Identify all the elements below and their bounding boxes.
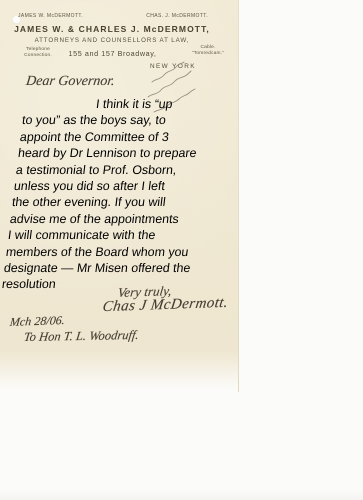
handwritten-line: heard by Dr Lennison to prepare [17, 145, 247, 161]
handwritten-line: to you” as the boys say, to [21, 112, 251, 128]
handwritten-line: I will communicate with the [7, 227, 237, 243]
signature: Chas J McDermott. [101, 295, 229, 316]
addressee-note: To Hon T. L. Woodruff. [23, 328, 140, 345]
partner-names-row: JAMES W. McDERMOTT. CHAS. J. McDERMOTT. [18, 13, 208, 19]
handwritten-line: appoint the Committee of 3 [19, 129, 249, 145]
handwritten-line: members of the Board whom you [5, 244, 235, 260]
partner-name-left: JAMES W. McDERMOTT. [18, 13, 83, 19]
firm-subtitle: ATTORNEYS AND COUNSELLORS AT LAW, [0, 37, 224, 44]
letter-body: I think it is “up to you” as the boys sa… [1, 96, 253, 293]
handwritten-line: designate — Mr Misen offered the [3, 260, 233, 276]
handwritten-line: the other evening. If you will [11, 194, 241, 210]
handwritten-line: a testimonial to Prof. Osborn, [15, 162, 245, 178]
date-note: Mch 28/06. [9, 313, 65, 330]
handwritten-line: advise me of the appointments [9, 211, 239, 227]
handwritten-line: resolution [1, 276, 231, 292]
partner-name-right: CHAS. J. McDERMOTT. [146, 13, 208, 19]
handwritten-line: I think it is “up [23, 96, 253, 112]
handwritten-line: unless you did so after I left [13, 178, 243, 194]
salutation: Dear Governor. [25, 74, 116, 90]
firm-name: JAMES W. & CHARLES J. McDERMOTT, [0, 24, 224, 34]
letter-paper: JAMES W. McDERMOTT. CHAS. J. McDERMOTT. … [0, 0, 239, 392]
scanned-letter-image: JAMES W. McDERMOTT. CHAS. J. McDERMOTT. … [0, 0, 363, 500]
